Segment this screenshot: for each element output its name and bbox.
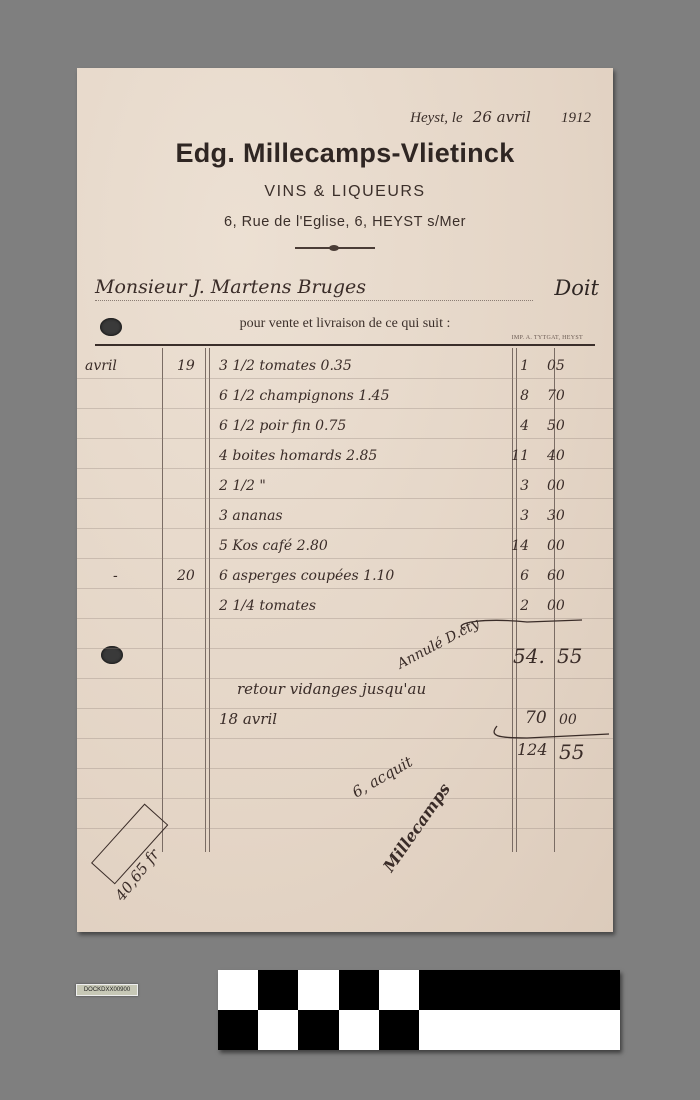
- colorbar-cell-white: [339, 1010, 379, 1050]
- item-month: avril: [85, 358, 117, 374]
- item-centimes: 00: [547, 478, 565, 494]
- colorbar-cell-black: [379, 1010, 419, 1050]
- item-description: 6 1/2 champignons 1.45: [219, 388, 390, 404]
- line-item: 4 boites homards 2.85 11 40: [77, 444, 613, 474]
- item-francs: 2: [520, 598, 529, 614]
- company-name: Edg. Millecamps-Vlietinck: [77, 138, 613, 169]
- item-centimes: 00: [547, 598, 565, 614]
- customer-line: Monsieur J. Martens Bruges: [95, 276, 533, 301]
- item-centimes: 50: [547, 418, 565, 434]
- item-centimes: 70: [547, 388, 565, 404]
- date-day-month: 26 avril: [473, 108, 531, 126]
- item-francs: 3: [520, 508, 529, 524]
- note-line-1: retour vidanges jusqu'au: [237, 680, 426, 698]
- annulled-annotation: Annulé D.cty: [395, 616, 483, 673]
- line-item: 2 1/2 " 3 00: [77, 474, 613, 504]
- item-day: 20: [177, 568, 195, 584]
- colorbar-cell-black: [298, 1010, 338, 1050]
- colorbar-cell-black: [339, 970, 379, 1010]
- doit-label: Doit: [554, 276, 599, 300]
- colorbar-cell-white-wide: [419, 1010, 620, 1050]
- colorbar-cell-white: [298, 970, 338, 1010]
- note-line-2: 18 avril: [219, 710, 277, 728]
- item-centimes: 00: [547, 538, 565, 554]
- item-francs: 4: [520, 418, 529, 434]
- ruled-line: [77, 678, 613, 679]
- item-description: 5 Kos café 2.80: [219, 538, 328, 554]
- date-year: 1912: [561, 110, 591, 126]
- item-francs: 6: [520, 568, 529, 584]
- item-description: 2 1/4 tomates: [219, 598, 316, 614]
- colorbar-cell-black: [218, 1010, 258, 1050]
- item-francs: 14: [511, 538, 529, 554]
- line-item: 3 ananas 3 30: [77, 504, 613, 534]
- item-month: -: [113, 568, 118, 584]
- customer-name: Monsieur J. Martens Bruges: [95, 276, 366, 298]
- item-description: 6 asperges coupées 1.10: [219, 568, 394, 584]
- item-francs: 8: [520, 388, 529, 404]
- item-francs: 11: [511, 448, 529, 464]
- date-line: Heyst, le 26 avril 1912: [410, 108, 591, 127]
- invoice-sheet: Heyst, le 26 avril 1912 Edg. Millecamps-…: [77, 68, 613, 932]
- colorbar-cell-white: [379, 970, 419, 1010]
- item-centimes: 60: [547, 568, 565, 584]
- subtitle: pour vente et livraison de ce qui suit :: [77, 316, 613, 332]
- colorbar-cell-white: [218, 970, 258, 1010]
- item-centimes: 40: [547, 448, 565, 464]
- line-item: - 20 6 asperges coupées 1.10 6 60: [77, 564, 613, 594]
- subtotal-francs: 54.: [513, 644, 545, 668]
- place-prefix: Heyst, le: [410, 110, 462, 126]
- total-francs: 124: [517, 740, 548, 759]
- printer-mark: IMP. A. TYTGAT, HEYST: [512, 335, 583, 341]
- acquit-note: 6, acquit: [349, 753, 416, 802]
- item-description: 3 ananas: [219, 508, 283, 524]
- item-francs: 3: [520, 478, 529, 494]
- punch-hole-top: [100, 318, 122, 336]
- total-centimes: 55: [559, 740, 584, 764]
- item-francs: 1: [520, 358, 529, 374]
- item-description: 6 1/2 poir fin 0.75: [219, 418, 346, 434]
- calibration-colorbar: [218, 970, 620, 1050]
- ruled-line: [77, 798, 613, 799]
- address: 6, Rue de l'Eglise, 6, HEYST s/Mer: [77, 214, 613, 230]
- item-day: 19: [177, 358, 195, 374]
- line-item: 6 1/2 poir fin 0.75 4 50: [77, 414, 613, 444]
- line-item: avril 19 3 1/2 tomates 0.35 1 05: [77, 354, 613, 384]
- item-centimes: 30: [547, 508, 565, 524]
- ruled-line: [77, 768, 613, 769]
- colorbar-cell-black-wide: [419, 970, 620, 1010]
- line-item: 5 Kos café 2.80 14 00: [77, 534, 613, 564]
- table-top-rule: [95, 344, 595, 346]
- item-description: 4 boites homards 2.85: [219, 448, 377, 464]
- subtotal-centimes: 55: [557, 644, 582, 668]
- colorbar-cell-white: [258, 1010, 298, 1050]
- colorbar-cell-black: [258, 970, 298, 1010]
- tagline: VINS & LIQUEURS: [77, 183, 613, 201]
- item-centimes: 05: [547, 358, 565, 374]
- ornament-divider: [295, 247, 375, 249]
- total-bracket-bottom: [487, 722, 613, 744]
- archive-label-tag: DOCKDXX00900: [76, 984, 138, 996]
- item-description: 3 1/2 tomates 0.35: [219, 358, 352, 374]
- line-item: 6 1/2 champignons 1.45 8 70: [77, 384, 613, 414]
- item-description: 2 1/2 ": [219, 478, 266, 494]
